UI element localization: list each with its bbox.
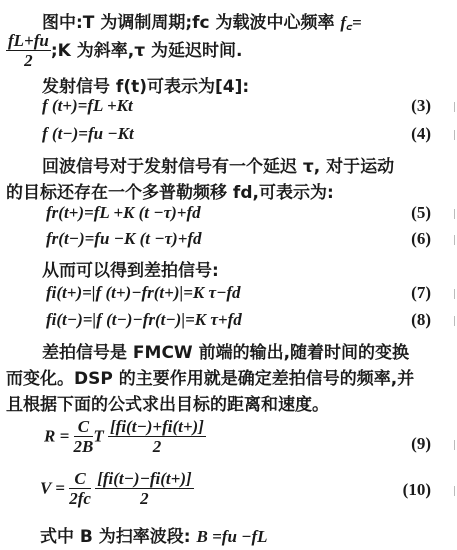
denominator: 2 — [95, 489, 193, 509]
equation-number: (4) — [411, 124, 431, 144]
margin-mark — [454, 130, 455, 140]
denominator: 2B — [74, 437, 94, 457]
equation-number: (5) — [411, 203, 431, 223]
paragraph-line: 回波信号对于发射信号有一个延迟 τ, 对于运动 — [42, 152, 394, 177]
lhs: V = — [40, 478, 65, 497]
text: ;K 为斜率,τ 为延迟时间. — [51, 41, 243, 61]
equation: R = C2BT [fi(t−)+fi(t+)]2 — [44, 418, 206, 457]
text: 图中:T 为调制周期;fc 为载波中心频率 — [42, 13, 340, 33]
paragraph-line: 差拍信号是 FMCW 前端的输出,随着时间的变换 — [42, 338, 409, 363]
margin-mark — [454, 316, 455, 326]
equation-number: (9) — [411, 434, 431, 454]
paragraph-line: 从而可以得到差拍信号: — [42, 256, 219, 281]
fraction: [fi(t−)−fi(t+)]2 — [95, 470, 193, 509]
fraction: C2B — [74, 418, 94, 457]
equation: fr(t−)=fu −K (t −τ)+fd — [46, 229, 202, 249]
denominator: 2fc — [69, 489, 91, 509]
fraction: C2fc — [69, 470, 91, 509]
fraction: [fi(t−)+fi(t+)]2 — [108, 418, 206, 457]
denominator: 2 — [6, 51, 51, 71]
paragraph-line: 式中 B 为扫率波段: B =fu −fL — [40, 522, 268, 547]
numerator: C — [69, 470, 91, 489]
margin-mark — [454, 102, 455, 112]
margin-mark — [454, 486, 455, 496]
margin-mark — [454, 289, 455, 299]
numerator: fL+fu — [6, 32, 51, 51]
equation-number: (10) — [403, 480, 431, 500]
equation-number: (3) — [411, 96, 431, 116]
paragraph-line: 且根据下面的公式求出目标的距离和速度。 — [6, 390, 329, 415]
paragraph-line: fL+fu2;K 为斜率,τ 为延迟时间. — [6, 32, 242, 71]
equation-number: (6) — [411, 229, 431, 249]
term: T — [93, 426, 103, 445]
equation: fr(t+)=fL +K (t −τ)+fd — [46, 203, 201, 223]
equation: f (t−)=fu −Kt — [42, 124, 134, 144]
paragraph-line: 发射信号 f(t)可表示为[4]: — [42, 72, 249, 97]
text: 式中 B 为扫率波段: — [40, 527, 197, 547]
numerator: [fi(t−)−fi(t+)] — [95, 470, 193, 489]
denominator: 2 — [108, 437, 206, 457]
equation-number: (8) — [411, 310, 431, 330]
equation: fi(t+)=|f (t+)−fr(t+)|=K τ−fd — [46, 283, 241, 303]
paragraph-line: 图中:T 为调制周期;fc 为载波中心频率 f꜀= — [42, 8, 362, 33]
margin-mark — [454, 440, 455, 450]
paragraph-line: 的目标还存在一个多普勒频移 fd,可表示为: — [6, 178, 334, 203]
paragraph-line: 而变化。DSP 的主要作用就是确定差拍信号的频率,并 — [6, 364, 414, 389]
equation-number: (7) — [411, 283, 431, 303]
equation: f (t+)=fL +Kt — [42, 96, 133, 116]
numerator: C — [74, 418, 94, 437]
lhs: R = — [44, 426, 69, 445]
margin-mark — [454, 209, 455, 219]
math-inline: B =fu −fL — [197, 527, 268, 546]
margin-mark — [454, 235, 455, 245]
numerator: [fi(t−)+fi(t+)] — [108, 418, 206, 437]
equation: V = C2fc [fi(t−)−fi(t+)]2 — [40, 470, 194, 509]
equation: fi(t−)=|f (t−)−fr(t−)|=K τ+fd — [46, 310, 242, 330]
fraction: fL+fu2 — [6, 32, 51, 71]
math-inline: f꜀= — [340, 13, 361, 32]
